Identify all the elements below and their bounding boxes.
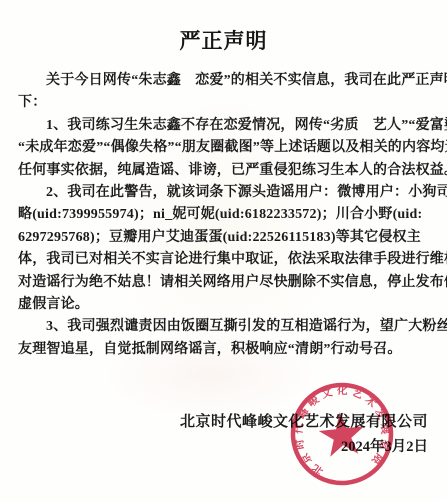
body-line: 6297295768)；豆瓣用户艾迪蛋蛋(uid:22526115183)等其它… — [18, 227, 430, 249]
body-line: 对造谣行为绝不姑息！请相关网络用户尽快删除不实信息，停止发布传播 — [18, 272, 430, 294]
body-line: “未成年恋爱”“偶像失格”“朋友圈截图”等上述话题以及相关的内容均无 — [18, 137, 430, 159]
document-title: 严正声明 — [0, 25, 447, 55]
body-line: 3、我司强烈谴责因由饭圈互撕引发的互相造谣行为，望广大粉丝朋 — [18, 316, 430, 338]
body-line: 略(uid:7399955974)；ni_妮可妮(uid:6182233572)… — [18, 204, 430, 226]
body-line: 友理智追星，自觉抵制网络谣言，积极响应“清朗”行动号召。 — [18, 339, 430, 361]
signature-date: 2024年3月2日 — [180, 434, 428, 460]
signature-block: 北京时代峰峻文化艺术发展有限公司 2024年3月2日 — [180, 410, 428, 460]
body-line: 下： — [18, 92, 430, 114]
signature-company: 北京时代峰峻文化艺术发展有限公司 — [180, 410, 428, 434]
statement-document: 严正声明 关于今日网传“朱志鑫 恋爱”的相关不实信息，我司在此严正声明如 下： … — [0, 0, 447, 502]
body-line: 1、我司练习生朱志鑫不存在恋爱情况，网传“劣质 艺人”“爱富婆” — [18, 115, 430, 137]
statement-body: 关于今日网传“朱志鑫 恋爱”的相关不实信息，我司在此严正声明如 下： 1、我司练… — [18, 70, 430, 361]
body-line: 虚假言论。 — [18, 294, 430, 316]
body-line: 体，我司已对相关不实言论进行集中取证，依法采取法律手段进行维权， — [18, 249, 430, 271]
body-line: 2、我司在此警告，就该词条下源头造谣用户：微博用户：小狗司机来 — [18, 182, 430, 204]
body-line: 关于今日网传“朱志鑫 恋爱”的相关不实信息，我司在此严正声明如 — [18, 70, 430, 92]
body-line: 任何事实依据，纯属造谣、诽谤，已严重侵犯练习生本人的合法权益。 — [18, 160, 430, 182]
